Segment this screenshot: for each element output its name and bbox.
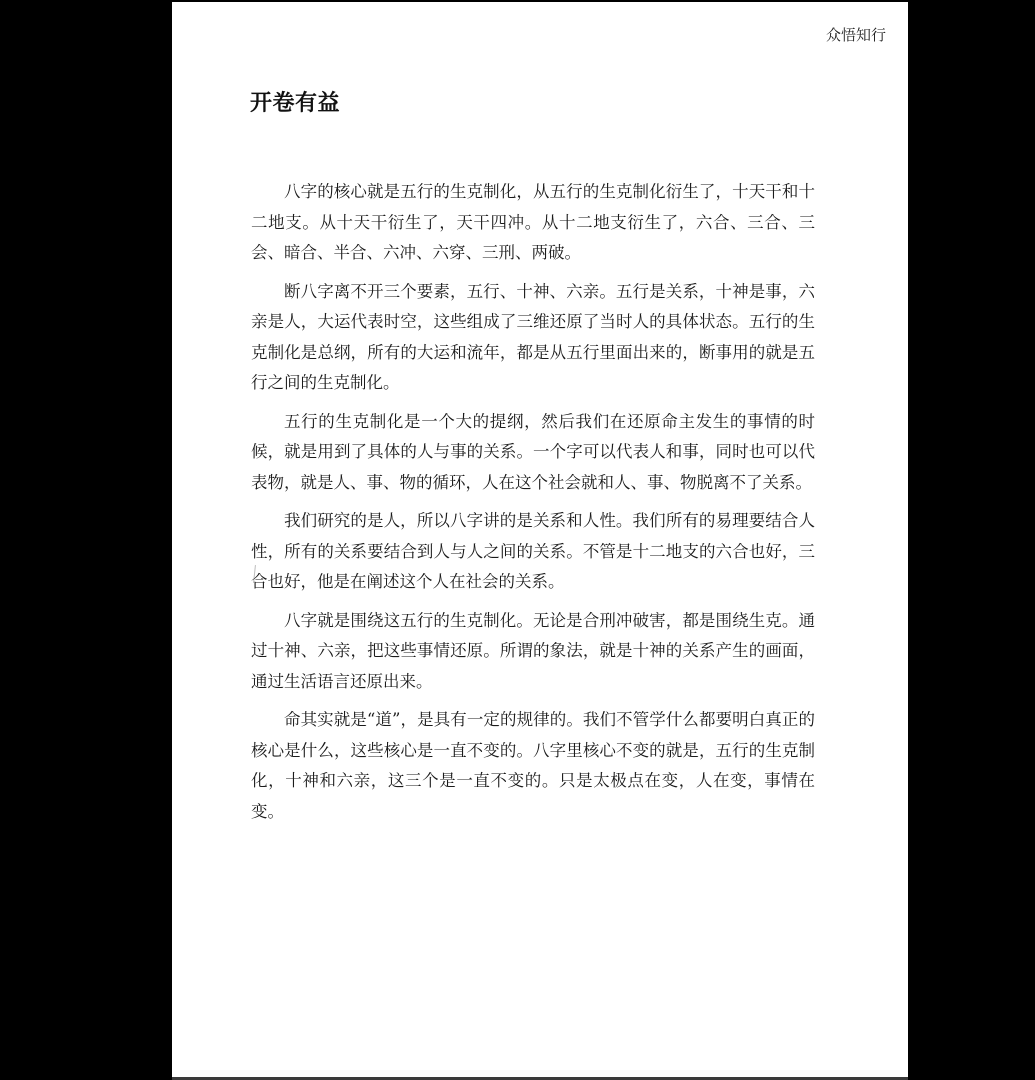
- book-page: 众悟知行 开卷有益 八字的核心就是五行的生克制化，从五行的生克制化衍生了，十天干…: [172, 2, 908, 1080]
- paragraph: 五行的生克制化是一个大的提纲，然后我们在还原命主发生的事情的时候，就是用到了具体…: [251, 407, 815, 499]
- document-viewer: 众悟知行 开卷有益 八字的核心就是五行的生克制化，从五行的生克制化衍生了，十天干…: [0, 0, 1035, 1080]
- running-header: 众悟知行: [826, 24, 886, 45]
- paragraph: 断八字离不开三个要素，五行、十神、六亲。五行是关系，十神是事，六亲是人，大运代表…: [251, 277, 815, 399]
- paragraph: 命其实就是“道”，是具有一定的规律的。我们不管学什么都要明白真正的核心是什么，这…: [251, 705, 815, 827]
- paragraph: 八字就是围绕这五行的生克制化。无论是合刑冲破害，都是围绕生克。通过十神、六亲，把…: [251, 606, 815, 698]
- paragraph: 八字的核心就是五行的生克制化，从五行的生克制化衍生了，十天干和十二地支。从十天干…: [251, 177, 815, 269]
- chapter-title: 开卷有益: [250, 86, 340, 117]
- body-text: 八字的核心就是五行的生克制化，从五行的生克制化衍生了，十天干和十二地支。从十天干…: [251, 177, 815, 835]
- paragraph: 我们研究的是人，所以八字讲的是关系和人性。我们所有的易理要结合人性，所有的关系要…: [251, 506, 815, 598]
